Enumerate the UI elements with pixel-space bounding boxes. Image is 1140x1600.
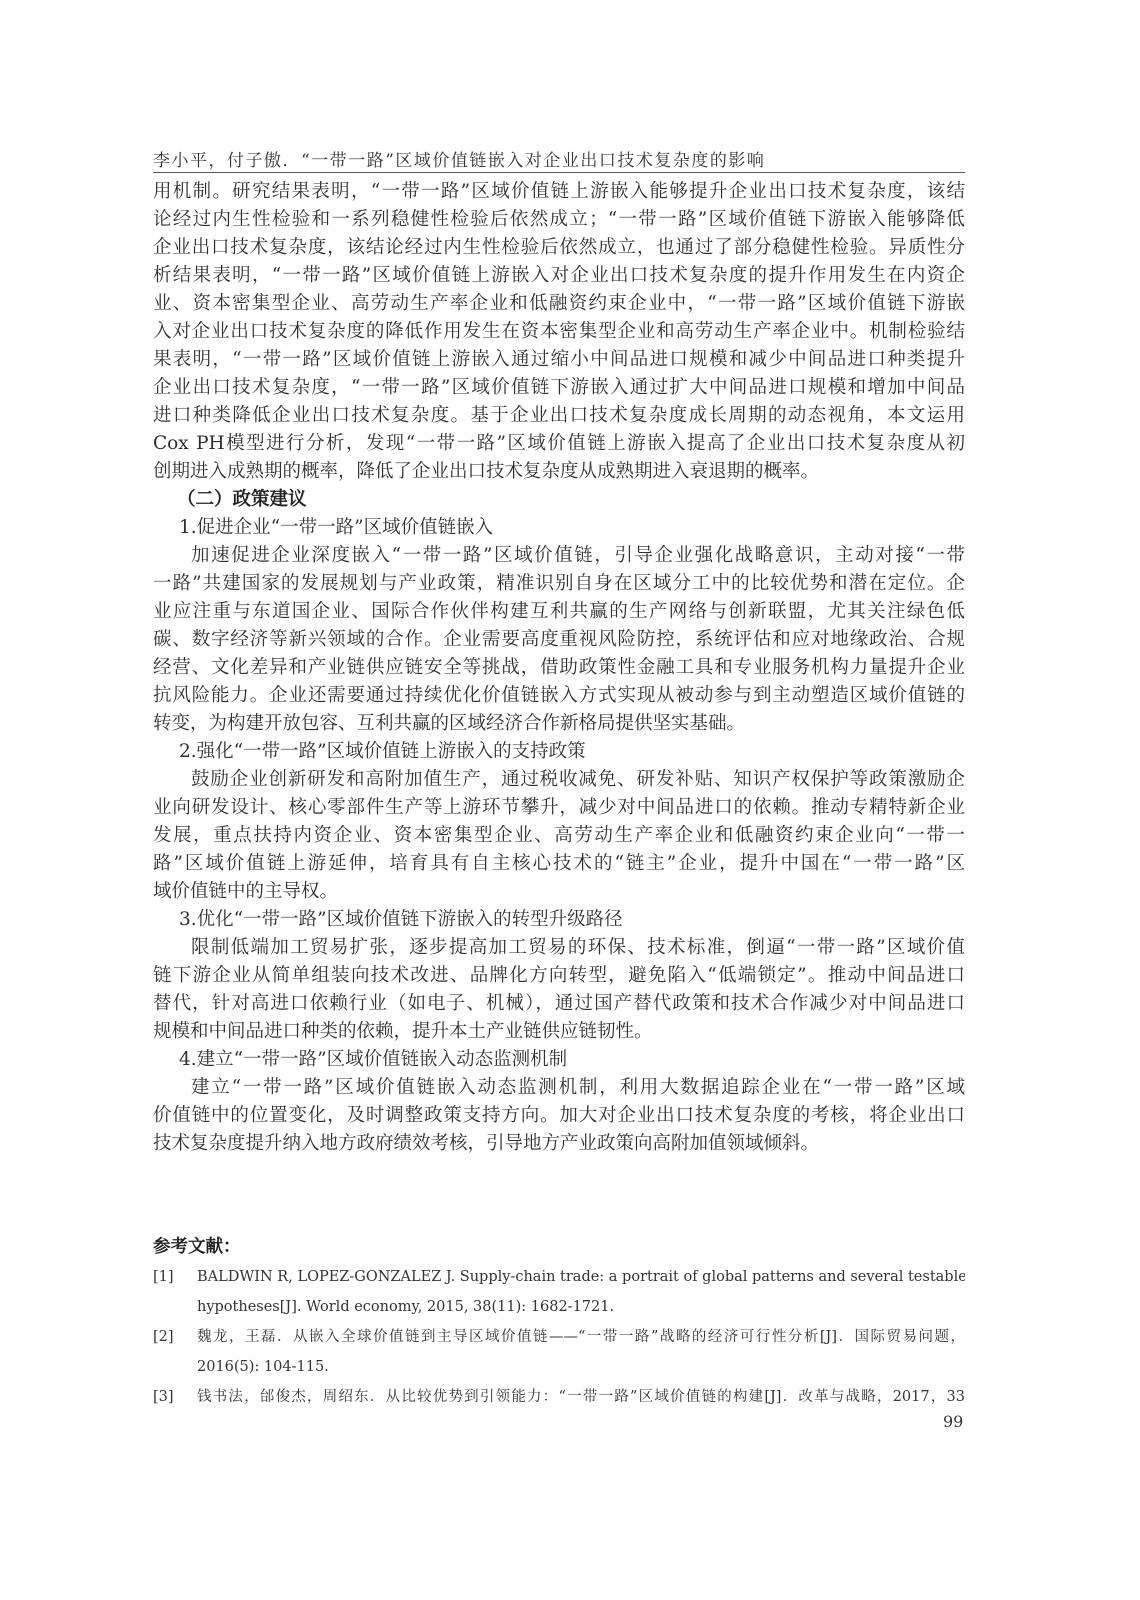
page-number: 99	[943, 1412, 963, 1431]
text-line: 限制低端加工贸易扩张，逐步提高加工贸易的环保、技术标准，倒逼“一带一路”区域价值	[153, 934, 965, 962]
subheading: 1.促进企业“一带一路”区域价值链嵌入	[153, 514, 965, 542]
text-line: 业向研发设计、核心零部件生产等上游环节攀升，减少对中间品进口的依赖。推动专精特新…	[153, 794, 965, 822]
reference-line: BALDWIN R, LOPEZ-GONZALEZ J. Supply-chai…	[197, 1262, 965, 1292]
references: 参考文献： [1] BALDWIN R, LOPEZ-GONZALEZ J. S…	[153, 1232, 965, 1412]
text-line: 企业出口技术复杂度，该结论经过内生性检验后依然成立，也通过了部分稳健性检验。异质…	[153, 234, 965, 262]
text-line: 业应注重与东道国企业、国际合作伙伴构建互利共赢的生产网络与创新联盟，尤其关注绿色…	[153, 598, 965, 626]
text-line: 析结果表明，“一带一路”区域价值链上游嵌入对企业出口技术复杂度的提升作用发生在内…	[153, 262, 965, 290]
header-rule	[153, 172, 965, 173]
text-line: 企业出口技术复杂度，“一带一路”区域价值链下游嵌入通过扩大中间品进口规模和增加中…	[153, 374, 965, 402]
subheading: 3.优化“一带一路”区域价值链下游嵌入的转型升级路径	[153, 906, 965, 934]
section-heading-policy: （二）政策建议	[153, 486, 965, 514]
text-line: 发展，重点扶持内资企业、资本密集型企业、高劳动生产率企业和低融资约束企业向“一带…	[153, 822, 965, 850]
subheading: 2.强化“一带一路”区域价值链上游嵌入的支持政策	[153, 738, 965, 766]
text-line: 替代，针对高进口依赖行业（如电子、机械），通过国产替代政策和技术合作减少对中间品…	[153, 990, 965, 1018]
policy-item-2: 2.强化“一带一路”区域价值链上游嵌入的支持政策 鼓励企业创新研发和高附加值生产…	[153, 738, 965, 906]
text-line: 业、资本密集型企业、高劳动生产率企业和低融资约束企业中，“一带一路”区域价值链下…	[153, 290, 965, 318]
text-line: 路”区域价值链上游延伸，培育具有自主核心技术的“链主”企业，提升中国在“一带一路…	[153, 850, 965, 878]
reference-line: 2016(5): 104-115.	[197, 1352, 965, 1382]
policy-item-4: 4.建立“一带一路”区域价值链嵌入动态监测机制 建立“一带一路”区域价值链嵌入动…	[153, 1046, 965, 1158]
text-line: 鼓励企业创新研发和高附加值生产，通过税收减免、研发补贴、知识产权保护等政策激励企	[153, 766, 965, 794]
body-text: 用机制。研究结果表明，“一带一路”区域价值链上游嵌入能够提升企业出口技术复杂度，…	[153, 178, 965, 1158]
text-line: 用机制。研究结果表明，“一带一路”区域价值链上游嵌入能够提升企业出口技术复杂度，…	[153, 178, 965, 206]
reference-line: 魏龙，王磊．从嵌入全球价值链到主导区域价值链——“一带一路”战略的经济可行性分析…	[197, 1322, 965, 1352]
text-line: 加速促进企业深度嵌入“一带一路”区域价值链，引导企业强化战略意识，主动对接“一带	[153, 542, 965, 570]
text-line: 论经过内生性检验和一系列稳健性检验后依然成立；“一带一路”区域价值链下游嵌入能够…	[153, 206, 965, 234]
text-line: 创期进入成熟期的概率，降低了企业出口技术复杂度从成熟期进入衰退期的概率。	[153, 458, 965, 486]
text-line: 碳、数字经济等新兴领域的合作。企业需要高度重视风险防控，系统评估和应对地缘政治、…	[153, 626, 965, 654]
reference-number: [1]	[153, 1262, 174, 1292]
paper-page: 李小平，付子傲．“一带一路”区域价值链嵌入对企业出口技术复杂度的影响 用机制。研…	[0, 0, 1140, 1600]
text-line: 链下游企业从简单组装向技术改进、品牌化方向转型，避免陷入“低端锁定”。推动中间品…	[153, 962, 965, 990]
reference-number: [2]	[153, 1322, 174, 1352]
policy-item-1: 1.促进企业“一带一路”区域价值链嵌入 加速促进企业深度嵌入“一带一路”区域价值…	[153, 514, 965, 738]
subheading: 4.建立“一带一路”区域价值链嵌入动态监测机制	[153, 1046, 965, 1074]
text-line: 域价值链中的主导权。	[153, 878, 965, 906]
references-title: 参考文献：	[153, 1232, 965, 1262]
text-line: 入对企业出口技术复杂度的降低作用发生在资本密集型企业和高劳动生产率企业中。机制检…	[153, 318, 965, 346]
text-line: 抗风险能力。企业还需要通过持续优化价值链嵌入方式实现从被动参与到主动塑造区域价值…	[153, 682, 965, 710]
policy-item-3: 3.优化“一带一路”区域价值链下游嵌入的转型升级路径 限制低端加工贸易扩张，逐步…	[153, 906, 965, 1046]
reference-item: [3] 钱书法，邰俊杰，周绍东．从比较优势到引领能力：“一带一路”区域价值链的构…	[153, 1382, 965, 1412]
text-line: 一路”共建国家的发展规划与产业政策，精准识别自身在区域分工中的比较优势和潜在定位…	[153, 570, 965, 598]
running-header: 李小平，付子傲．“一带一路”区域价值链嵌入对企业出口技术复杂度的影响	[153, 146, 765, 171]
text-line: 经营、文化差异和产业链供应链安全等挑战，借助政策性金融工具和专业服务机构力量提升…	[153, 654, 965, 682]
text-line: 果表明，“一带一路”区域价值链上游嵌入通过缩小中间品进口规模和减少中间品进口种类…	[153, 346, 965, 374]
text-line: 价值链中的位置变化，及时调整政策支持方向。加大对企业出口技术复杂度的考核，将企业…	[153, 1102, 965, 1130]
text-line: 进口种类降低企业出口技术复杂度。基于企业出口技术复杂度成长周期的动态视角，本文运…	[153, 402, 965, 430]
conclusion-paragraph: 用机制。研究结果表明，“一带一路”区域价值链上游嵌入能够提升企业出口技术复杂度，…	[153, 178, 965, 486]
text-line: 建立“一带一路”区域价值链嵌入动态监测机制，利用大数据追踪企业在“一带一路”区域	[153, 1074, 965, 1102]
reference-number: [3]	[153, 1382, 174, 1412]
text-line: 规模和中间品进口种类的依赖，提升本土产业链供应链韧性。	[153, 1018, 965, 1046]
reference-line: hypotheses[J]. World economy, 2015, 38(1…	[197, 1292, 965, 1322]
reference-item: [2] 魏龙，王磊．从嵌入全球价值链到主导区域价值链——“一带一路”战略的经济可…	[153, 1322, 965, 1382]
text-line: Cox PH模型进行分析，发现“一带一路”区域价值链上游嵌入提高了企业出口技术复…	[153, 430, 965, 458]
text-line: 转变，为构建开放包容、互利共赢的区域经济合作新格局提供坚实基础。	[153, 710, 965, 738]
text-line: 技术复杂度提升纳入地方政府绩效考核，引导地方产业政策向高附加值领域倾斜。	[153, 1130, 965, 1158]
reference-item: [1] BALDWIN R, LOPEZ-GONZALEZ J. Supply-…	[153, 1262, 965, 1322]
reference-line: 钱书法，邰俊杰，周绍东．从比较优势到引领能力：“一带一路”区域价值链的构建[J]…	[197, 1382, 965, 1412]
